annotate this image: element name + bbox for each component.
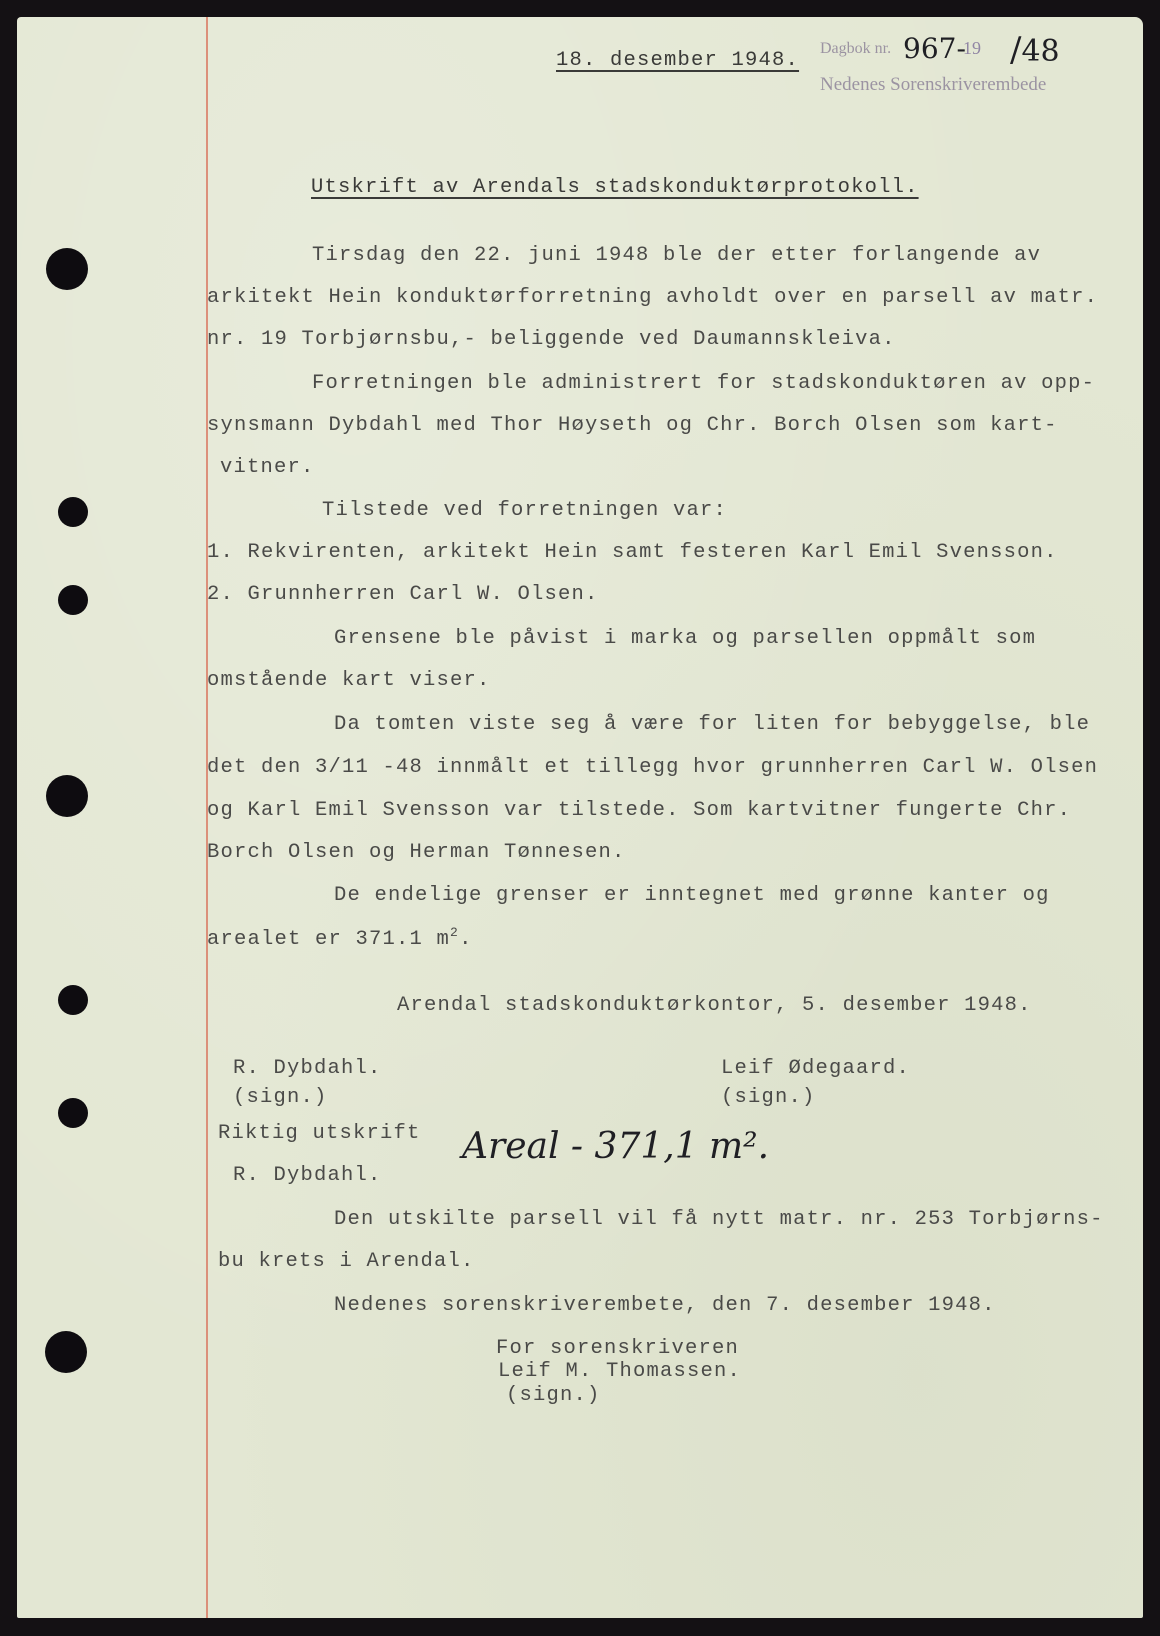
body-line: Tirsdag den 22. juni 1948 ble der etter … [312, 244, 1041, 267]
punch-hole [46, 775, 88, 817]
list-item: 1. Rekvirenten, arkitekt Hein samt feste… [207, 541, 1058, 564]
document-date: 18. desember 1948. [556, 49, 799, 72]
struck-year: 19 [963, 38, 981, 59]
handwritten-year-text: 48 [1021, 34, 1059, 69]
punch-hole [58, 985, 88, 1015]
area-line: arealet er 371.1 m2. [207, 925, 473, 951]
body-line: Forretningen ble administrert for stadsk… [312, 372, 1095, 395]
document-title: Utskrift av Arendals stadskonduktørproto… [311, 176, 919, 199]
signature-left-name: R. Dybdahl. [233, 1057, 382, 1080]
body-line: Da tomten viste seg å være for liten for… [334, 713, 1090, 736]
body-line: det den 3/11 -48 innmålt et tillegg hvor… [207, 756, 1098, 779]
area-period: . [459, 928, 473, 951]
handwritten-diary-number: 967- [903, 32, 966, 65]
parcel-note-line: bu krets i Arendal. [218, 1250, 475, 1273]
certified-by: R. Dybdahl. [233, 1164, 382, 1187]
punch-hole [58, 1098, 88, 1128]
area-text: arealet er 371.1 m [207, 928, 450, 951]
punch-hole [46, 248, 88, 290]
body-line: De endelige grenser er inntegnet med grø… [334, 884, 1050, 907]
office-place-date: Arendal stadskonduktørkontor, 5. desembe… [397, 994, 1032, 1017]
court-stamp: Nedenes Sorenskriverembede [820, 74, 1046, 96]
body-line: Tilstede ved forretningen var: [322, 499, 727, 522]
list-item: 2. Grunnherren Carl W. Olsen. [207, 583, 599, 606]
body-line: Borch Olsen og Herman Tønnesen. [207, 841, 626, 864]
body-line: Grensene ble påvist i marka og parsellen… [334, 627, 1036, 650]
punch-hole [58, 497, 88, 527]
body-line: synsmann Dybdahl med Thor Høyseth og Chr… [207, 414, 1058, 437]
handwritten-year: /48 [1010, 30, 1060, 70]
registrar-name: Leif M. Thomassen. [498, 1360, 741, 1383]
signature-right-sign: (sign.) [721, 1086, 816, 1109]
punch-hole [58, 585, 88, 615]
diary-stamp-label: Dagbok nr. [820, 40, 891, 58]
signature-left-sign: (sign.) [233, 1086, 328, 1109]
body-line: arkitekt Hein konduktørforretning avhold… [207, 286, 1098, 309]
for-registrar: For sorenskriveren [496, 1337, 739, 1360]
body-line: omstående kart viser. [207, 669, 491, 692]
body-line: nr. 19 Torbjørnsbu,- beliggende ved Daum… [207, 328, 896, 351]
body-line: vitner. [220, 456, 315, 479]
court-place-date: Nedenes sorenskriverembete, den 7. desem… [334, 1294, 996, 1317]
punch-hole [45, 1331, 87, 1373]
area-superscript: 2 [450, 925, 459, 940]
body-line: og Karl Emil Svensson var tilstede. Som … [207, 799, 1071, 822]
certified-copy-label: Riktig utskrift [218, 1122, 421, 1145]
registrar-sign: (sign.) [506, 1384, 601, 1407]
signature-right-name: Leif Ødegaard. [721, 1057, 910, 1080]
handwritten-area-note: Areal - 371,1 m². [462, 1126, 769, 1167]
parcel-note-line: Den utskilte parsell vil få nytt matr. n… [334, 1208, 1104, 1231]
